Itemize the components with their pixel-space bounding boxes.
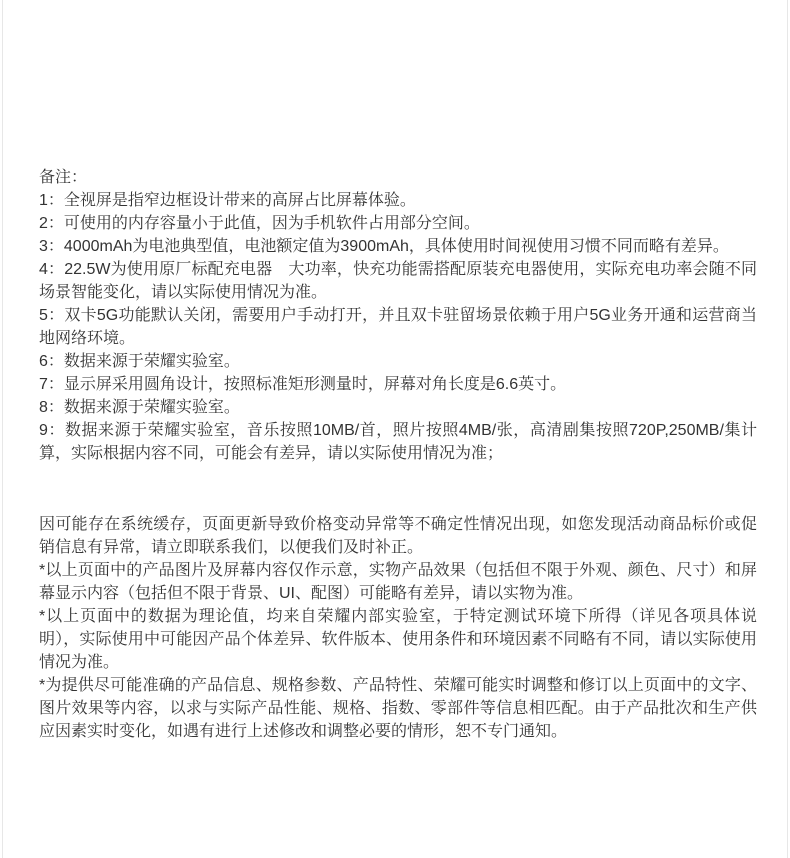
note-line-2: 2：可使用的内存容量小于此值，因为手机软件占用部分空间。	[39, 212, 757, 235]
notes-section: 备注： 1：全视屏是指窄边框设计带来的高屏占比屏幕体验。 2：可使用的内存容量小…	[39, 166, 757, 465]
page-content: 备注： 1：全视屏是指窄边框设计带来的高屏占比屏幕体验。 2：可使用的内存容量小…	[3, 0, 757, 743]
note-line-4: 4：22.5W为使用原厂标配充电器 大功率，快充功能需搭配原装充电器使用，实际充…	[39, 258, 757, 304]
disclaimer-section: 因可能存在系统缓存，页面更新导致价格变动异常等不确定性情况出现，如您发现活动商品…	[39, 513, 757, 743]
note-line-3: 3：4000mAh为电池典型值，电池额定值为3900mAh，具体使用时间视使用习…	[39, 235, 757, 258]
note-line-9: 9：数据来源于荣耀实验室，音乐按照10MB/首，照片按照4MB/张，高清剧集按照…	[39, 419, 757, 465]
disclaimer-paragraph-revisions: *为提供尽可能准确的产品信息、规格参数、产品特性、荣耀可能实时调整和修订以上页面…	[39, 674, 757, 743]
note-line-8: 8：数据来源于荣耀实验室。	[39, 396, 757, 419]
disclaimer-paragraph-pricing: 因可能存在系统缓存，页面更新导致价格变动异常等不确定性情况出现，如您发现活动商品…	[39, 513, 757, 559]
note-line-7: 7：显示屏采用圆角设计，按照标准矩形测量时，屏幕对角长度是6.6英寸。	[39, 373, 757, 396]
page-container: 备注： 1：全视屏是指窄边框设计带来的高屏占比屏幕体验。 2：可使用的内存容量小…	[2, 0, 788, 858]
note-line-1: 1：全视屏是指窄边框设计带来的高屏占比屏幕体验。	[39, 189, 757, 212]
note-line-5: 5：双卡5G功能默认关闭，需要用户手动打开，并且双卡驻留场景依赖于用户5G业务开…	[39, 304, 757, 350]
notes-title: 备注：	[39, 166, 757, 189]
disclaimer-paragraph-images: *以上页面中的产品图片及屏幕内容仅作示意，实物产品效果（包括但不限于外观、颜色、…	[39, 559, 757, 605]
note-line-6: 6：数据来源于荣耀实验室。	[39, 350, 757, 373]
disclaimer-paragraph-lab-data: *以上页面中的数据为理论值，均来自荣耀内部实验室，于特定测试环境下所得（详见各项…	[39, 605, 757, 674]
